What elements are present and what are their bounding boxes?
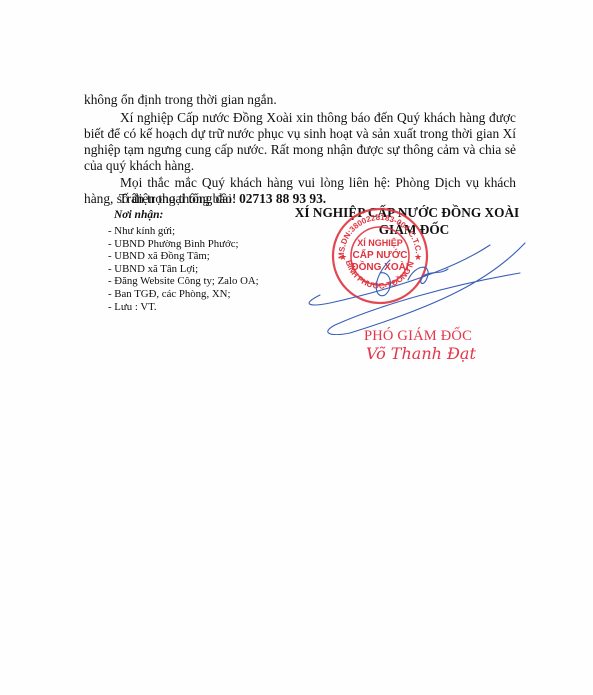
recipient-item: - Lưu : VT. (108, 301, 259, 314)
recipient-item: - Ban TGĐ, các Phòng, XN; (108, 288, 259, 301)
closing-line: Trân trọng thông báo! (119, 191, 236, 207)
paragraph-2: Xí nghiệp Cấp nước Đồng Xoài xin thông b… (84, 110, 516, 174)
svg-text:CẤP NƯỚC: CẤP NƯỚC (353, 248, 408, 261)
hotline-number: 02713 88 93 93. (239, 191, 326, 206)
handwritten-signature-icon (290, 225, 530, 335)
svg-text:XÍ NGHIỆP: XÍ NGHIỆP (357, 237, 403, 248)
svg-text:★: ★ (414, 252, 422, 262)
recipient-item: - UBND xã Đồng Tâm; (108, 250, 259, 263)
recipient-item: - UBND xã Tân Lợi; (108, 263, 259, 276)
recipients-title: Nơi nhận: (114, 209, 259, 221)
signer-title: PHÓ GIÁM ĐỐC (364, 328, 472, 345)
signer-name: Võ Thanh Đạt (366, 344, 476, 363)
svg-text:ĐỒNG XOÀI: ĐỒNG XOÀI (351, 260, 408, 273)
recipient-item: - UBND Phường Bình Phước; (108, 238, 259, 251)
paragraph-1: không ổn định trong thời gian ngắn. (84, 92, 516, 108)
signature-block: XÍ NGHIỆP CẤP NƯỚC ĐỒNG XOÀI GIÁM ĐỐC (292, 205, 522, 238)
signer-role: GIÁM ĐỐC (292, 222, 522, 238)
recipient-item: - Đăng Website Công ty; Zalo OA; (108, 275, 259, 288)
recipients-block: Nơi nhận: - Như kính gửi; - UBND Phường … (108, 209, 259, 313)
organization-name: XÍ NGHIỆP CẤP NƯỚC ĐỒNG XOÀI (292, 205, 522, 221)
document-page: không ổn định trong thời gian ngắn. Xí n… (0, 0, 593, 695)
recipients-list: - Như kính gửi; - UBND Phường Bình Phước… (108, 225, 259, 313)
svg-text:★: ★ (339, 252, 347, 262)
recipient-item: - Như kính gửi; (108, 225, 259, 238)
